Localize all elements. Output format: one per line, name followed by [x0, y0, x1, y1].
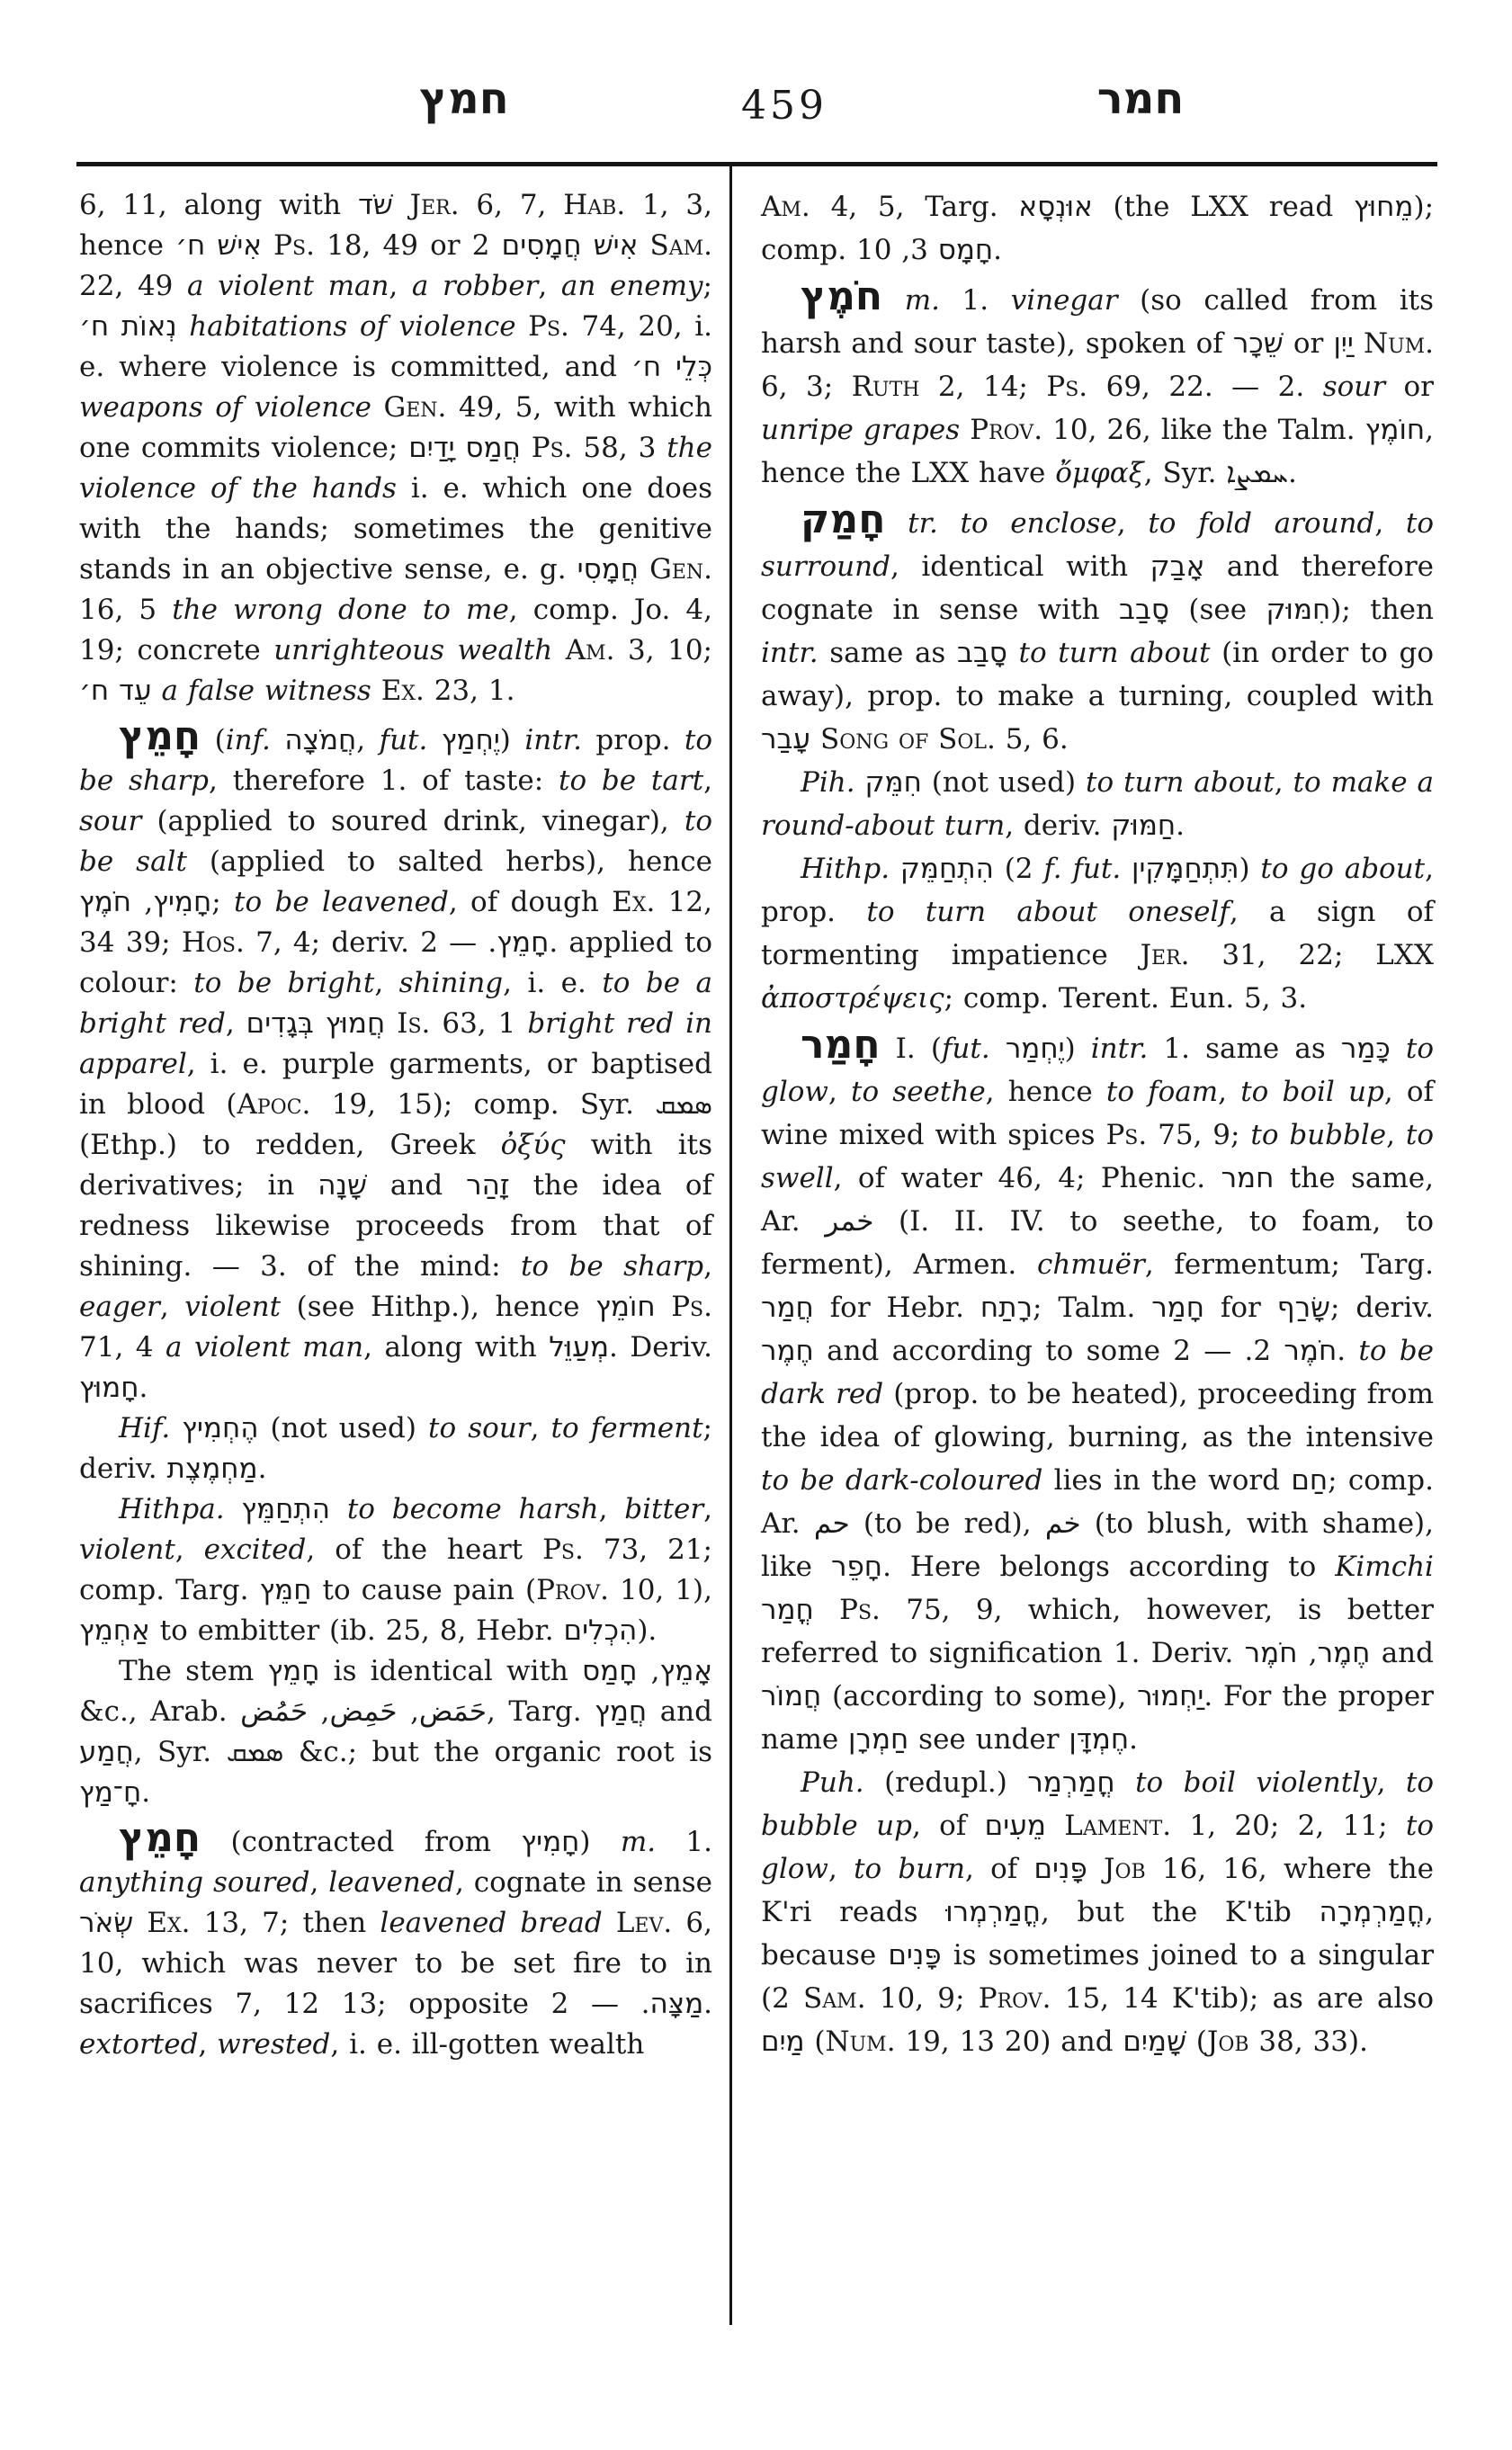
hebrew-headword: חָמַק — [801, 496, 885, 542]
italic-gloss: the wrong done to me — [172, 594, 509, 626]
scripture-reference-abbrev: Ps. — [273, 229, 315, 262]
italic-gloss: intr. — [524, 724, 582, 756]
italic-gloss: Pih. — [801, 766, 855, 799]
italic-gloss: intr. — [761, 637, 819, 669]
sub-paragraph: Pih. חִמֵּק (not used) to turn about, to… — [761, 761, 1434, 847]
scripture-reference-abbrev: Sam. — [649, 229, 712, 262]
scripture-reference-abbrev: Ps. — [839, 1594, 881, 1626]
italic-gloss: to bubble — [1250, 1119, 1386, 1151]
scripture-reference-abbrev: Am. — [761, 191, 810, 223]
hebrew-headword: חֹמֶץ — [801, 273, 882, 319]
header-rule — [76, 162, 1437, 166]
entry-paragraph: חָמֵץ (inf. חֲמֹצָה, fut. יֶחְמַץ) intr.… — [79, 717, 712, 1408]
italic-gloss: m. — [621, 1826, 656, 1858]
italic-gloss: excited — [204, 1533, 307, 1566]
italic-gloss: Hithp. — [801, 853, 890, 885]
scripture-reference-abbrev: Job — [1104, 1853, 1146, 1885]
italic-gloss: eager — [79, 1291, 160, 1323]
scripture-reference-abbrev: Prov. — [970, 414, 1042, 446]
italic-gloss: to become harsh — [347, 1493, 599, 1525]
italic-gloss: sour — [1323, 371, 1385, 403]
scripture-reference-abbrev: Ps. — [542, 1533, 584, 1566]
column-divider — [729, 166, 732, 2325]
entry-paragraph: חָמֵץ (contracted from חָמִיץ) m. 1. any… — [79, 1819, 712, 2065]
italic-gloss: to turn about — [1086, 766, 1275, 799]
running-head-right-keyword: חמר — [1097, 77, 1185, 121]
italic-gloss: to enclose — [961, 507, 1117, 540]
italic-gloss: to go about — [1260, 853, 1425, 885]
italic-gloss: weapons of violence — [79, 391, 371, 424]
italic-gloss: to burn — [854, 1853, 965, 1885]
italic-gloss: violent — [184, 1291, 281, 1323]
entry-paragraph: חֹמֶץ m. 1. vinegar (so called from its … — [761, 277, 1434, 495]
italic-gloss: to be leavened — [234, 886, 449, 918]
italic-gloss: ὄμφαξ — [1055, 457, 1144, 489]
scripture-reference-abbrev: Ps. — [671, 1291, 712, 1323]
scripture-reference-abbrev: Prov. — [536, 1574, 609, 1606]
scripture-reference-abbrev: Hos. — [182, 926, 245, 959]
running-head-left-keyword: חמץ — [419, 77, 508, 121]
italic-gloss: f. fut. — [1043, 853, 1121, 885]
hebrew-headword: חָמֵץ — [119, 713, 201, 759]
scripture-reference-abbrev: Is. — [397, 1007, 430, 1040]
italic-gloss: a violent man — [166, 1331, 363, 1364]
entry-paragraph: חָמַק tr. to enclose, to fold around, to… — [761, 500, 1434, 761]
scripture-reference-abbrev: Am. — [566, 634, 615, 666]
scripture-reference-abbrev: Hab. — [563, 189, 625, 221]
italic-gloss: leavened bread — [380, 1907, 602, 1939]
scripture-reference-abbrev: Ex. — [612, 886, 655, 918]
scripture-reference-abbrev: Prov. — [979, 1982, 1051, 2015]
italic-gloss: to turn about oneself — [866, 896, 1229, 928]
italic-gloss: Hif. — [119, 1412, 170, 1444]
italic-gloss: to ferment — [551, 1412, 703, 1444]
sub-paragraph: Hithpa. הִתְחַמֵּץ to become harsh, bitt… — [79, 1489, 712, 1651]
italic-gloss: a false witness — [161, 675, 371, 707]
scripture-reference-abbrev: Sam. — [803, 1982, 866, 2015]
italic-gloss: fut. — [942, 1033, 990, 1065]
italic-gloss: an enemy — [561, 270, 703, 302]
sub-paragraph: Hif. הֶחְמִיץ (not used) to sour, to fer… — [79, 1408, 712, 1489]
italic-gloss: ὀξύς — [501, 1129, 566, 1161]
scripture-reference-abbrev: Ps. — [528, 310, 569, 343]
italic-gloss: fut. — [380, 724, 428, 756]
italic-gloss: to be tart — [559, 765, 703, 797]
italic-gloss: tr. — [908, 507, 938, 540]
italic-gloss: to turn about — [1019, 637, 1211, 669]
italic-gloss: to foam — [1106, 1076, 1218, 1108]
lexicon-page: חמץ 459 חמר 6, 11, along with שֹׁד Jer. … — [0, 0, 1512, 2450]
scripture-reference-abbrev: Num. — [1364, 327, 1434, 360]
scripture-reference-abbrev: Num. — [826, 2025, 896, 2058]
italic-gloss: Kimchi — [1335, 1551, 1434, 1583]
sub-paragraph: Puh. (redupl.) חֳמַרְמַר to boil violent… — [761, 1761, 1434, 2063]
italic-gloss: to be dark-coloured — [761, 1464, 1042, 1497]
italic-gloss: to seethe — [851, 1076, 986, 1108]
italic-gloss: chmuër — [1037, 1248, 1145, 1281]
hebrew-headword: חָמֵץ — [119, 1815, 201, 1861]
italic-gloss: unripe grapes — [761, 414, 960, 446]
italic-gloss: to be salt — [79, 805, 712, 878]
italic-gloss: extorted — [79, 2028, 198, 2061]
italic-gloss: violent — [79, 1533, 175, 1566]
italic-gloss: the violence of the hands — [79, 432, 712, 505]
italic-gloss: a robber — [412, 270, 538, 302]
italic-gloss: shining — [399, 967, 503, 999]
entry-paragraph: חָמַר I. (fut. יֶחְמַר) intr. 1. same as… — [761, 1025, 1434, 1761]
page-number: 459 — [741, 86, 828, 126]
italic-gloss: to boil up — [1240, 1076, 1384, 1108]
italic-gloss: Hithpa. — [119, 1493, 225, 1525]
italic-gloss: intr. — [1091, 1033, 1149, 1065]
scripture-reference-abbrev: Ex. — [147, 1907, 190, 1939]
italic-gloss: to be sharp — [521, 1250, 703, 1283]
scripture-reference-abbrev: Job — [1207, 2025, 1249, 2058]
italic-gloss: to be bright — [193, 967, 374, 999]
sub-paragraph: Hithp. הִתְחַמֵּק (2 f. fut. תִּתְחַמָּק… — [761, 847, 1434, 1020]
continuation-paragraph: 6, 11, along with שֹׁד Jer. 6, 7, Hab. 1… — [79, 185, 712, 711]
scripture-reference-abbrev: Ps. — [532, 432, 573, 464]
scripture-reference-abbrev: Lev. — [616, 1907, 672, 1939]
right-column: Am. 4, 5, Targ. אוּנְסָא (the LXX read מ… — [761, 185, 1434, 2063]
italic-gloss: inf. — [226, 724, 271, 756]
scripture-reference-abbrev: Song of Sol. — [820, 723, 996, 756]
italic-gloss: vinegar — [1011, 284, 1118, 317]
italic-gloss: to sour — [428, 1412, 531, 1444]
italic-gloss: bitter — [624, 1493, 703, 1525]
scripture-reference-abbrev: Apoc. — [237, 1088, 310, 1121]
italic-gloss: to be dark red — [761, 1335, 1434, 1410]
scripture-reference-abbrev: Ps. — [1046, 371, 1087, 403]
sub-paragraph: The stem חָמֵץ is identical with אָמֵץ, … — [79, 1651, 712, 1813]
scripture-reference-abbrev: Gen. — [383, 391, 446, 424]
italic-gloss: ἀποστρέψεις — [761, 982, 944, 1015]
left-column: 6, 11, along with שֹׁד Jer. 6, 7, Hab. 1… — [79, 185, 712, 2065]
scripture-reference-abbrev: Ex. — [381, 675, 425, 707]
italic-gloss: leavened — [328, 1866, 455, 1899]
scripture-reference-abbrev: Jer. — [410, 189, 460, 221]
italic-gloss: a violent man — [187, 270, 389, 302]
italic-gloss: m. — [905, 284, 940, 317]
italic-gloss: wrested — [217, 2028, 330, 2061]
scripture-reference-abbrev: Gen. — [649, 553, 712, 586]
scripture-reference-abbrev: Ruth — [852, 371, 920, 403]
scripture-reference-abbrev: Ps. — [1105, 1119, 1147, 1151]
italic-gloss: habitations of violence — [189, 310, 515, 343]
hebrew-headword: חָמַר — [801, 1022, 881, 1068]
italic-gloss: to boil violently — [1135, 1766, 1377, 1799]
scripture-reference-abbrev: Jer. — [1141, 939, 1190, 971]
italic-gloss: to fold around — [1148, 507, 1374, 540]
italic-gloss: anything soured — [79, 1866, 310, 1899]
italic-gloss: sour — [79, 805, 141, 837]
italic-gloss: Puh. — [801, 1766, 864, 1799]
italic-gloss: unrighteous wealth — [273, 634, 552, 666]
continuation-paragraph: Am. 4, 5, Targ. אוּנְסָא (the LXX read מ… — [761, 185, 1434, 272]
scripture-reference-abbrev: Lament. — [1064, 1810, 1171, 1842]
